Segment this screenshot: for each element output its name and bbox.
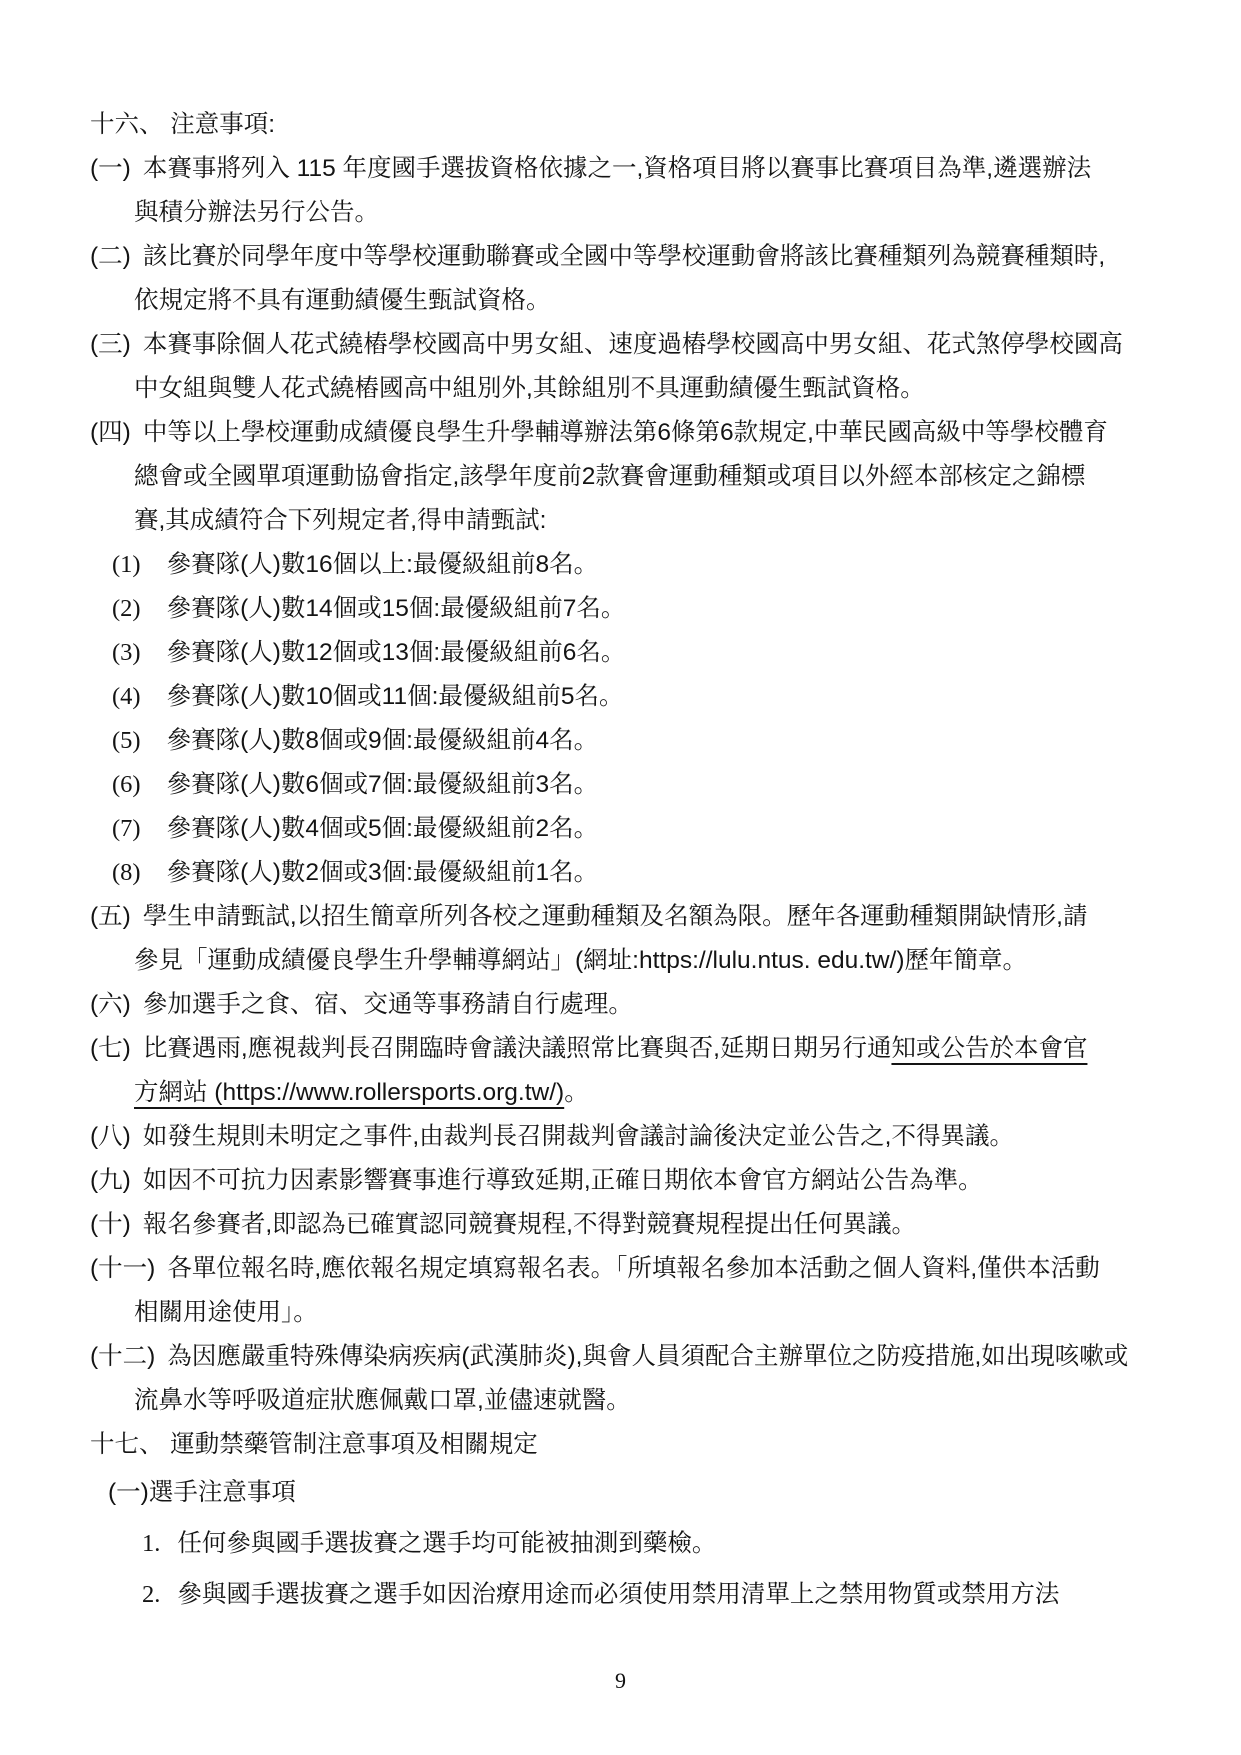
item-1-text: 本賽事將列入 115 年度國手選拔資格依據之一,資格項目將以賽事比賽項目為準,遴… bbox=[134, 155, 1091, 226]
item-10-text: 報名參賽者,即認為已確實認同競賽規程,不得對競賽規程提出任何異議。 bbox=[143, 1211, 916, 1238]
item-9-text: 如因不可抗力因素影響賽事進行導致延期,正確日期依本會官方網站公告為準。 bbox=[143, 1167, 983, 1194]
athlete-note-1-text: 任何參與國手選拔賽之選手均可能被抽測到藥檢。 bbox=[177, 1530, 716, 1557]
sub-item-5-text: 參賽隊(人)數8個或9個:最優級組前4名。 bbox=[167, 727, 599, 754]
item-1-marker: (一) bbox=[90, 155, 131, 182]
item-11-text: 各單位報名時,應依報名規定填寫報名表。「所填報名參加本活動之個人資料,僅供本活動… bbox=[134, 1255, 1100, 1326]
sub-item-4-text: 參賽隊(人)數10個或11個:最優級組前5名。 bbox=[167, 683, 624, 710]
item-6-text: 參加選手之食、宿、交通等事務請自行處理。 bbox=[143, 991, 633, 1018]
item-7-suffix: 。 bbox=[564, 1079, 589, 1106]
sub-item-7: (7)參賽隊(人)數4個或5個:最優級組前2名。 bbox=[90, 807, 1181, 851]
sub-item-3: (3)參賽隊(人)數12個或13個:最優級組前6名。 bbox=[90, 631, 1181, 675]
sub-item-8: (8)參賽隊(人)數2個或3個:最優級組前1名。 bbox=[90, 851, 1181, 895]
athlete-note-2: 2.參與國手選拔賽之選手如因治療用途而必須使用禁用清單上之禁用物質或禁用方法 bbox=[90, 1573, 1181, 1617]
item-8-text: 如發生規則未明定之事件,由裁判長召開裁判會議討論後決定並公告之,不得異議。 bbox=[143, 1123, 1014, 1150]
section-16-heading-text: 十六、 注意事項: bbox=[90, 111, 275, 138]
item-7-underlined-text: 知或公告於本會官 bbox=[891, 1035, 1087, 1062]
document-body: 十六、 注意事項: (一)本賽事將列入 115 年度國手選拔資格依據之一,資格項… bbox=[90, 103, 1181, 1617]
item-5-text: 學生申請甄試,以招生簡章所列各校之運動種類及名額為限。歷年各運動種類開缺情形,請… bbox=[134, 903, 1087, 974]
sub-item-7-text: 參賽隊(人)數4個或5個:最優級組前2名。 bbox=[167, 815, 599, 842]
item-4: (四)中等以上學校運動成績優良學生升學輔導辦法第6條第6款規定,中華民國高級中等… bbox=[90, 411, 1181, 543]
sub-item-6-marker: (6) bbox=[112, 771, 141, 798]
item-3-marker: (三) bbox=[90, 331, 131, 358]
item-3: (三)本賽事除個人花式繞樁學校國高中男女組、速度過樁學校國高中男女組、花式煞停學… bbox=[90, 323, 1181, 411]
team-count-list: (1)參賽隊(人)數16個以上:最優級組前8名。 (2)參賽隊(人)數14個或1… bbox=[90, 543, 1181, 895]
item-9: (九)如因不可抗力因素影響賽事進行導致延期,正確日期依本會官方網站公告為準。 bbox=[90, 1159, 1181, 1203]
item-4-marker: (四) bbox=[90, 419, 131, 446]
sub-item-2: (2)參賽隊(人)數14個或15個:最優級組前7名。 bbox=[90, 587, 1181, 631]
item-10-marker: (十) bbox=[90, 1211, 131, 1238]
sub-item-2-marker: (2) bbox=[112, 595, 141, 622]
sub-item-8-text: 參賽隊(人)數2個或3個:最優級組前1名。 bbox=[167, 859, 599, 886]
athlete-note-2-marker: 2. bbox=[142, 1581, 160, 1608]
sub-item-1-text: 參賽隊(人)數16個以上:最優級組前8名。 bbox=[167, 551, 599, 578]
section-17-heading: 十七、 運動禁藥管制注意事項及相關規定 bbox=[90, 1423, 1181, 1467]
sub-item-1-marker: (1) bbox=[112, 551, 141, 578]
sub-item-6: (6)參賽隊(人)數6個或7個:最優級組前3名。 bbox=[90, 763, 1181, 807]
item-7-marker: (七) bbox=[90, 1035, 131, 1062]
athlete-note-2-text: 參與國手選拔賽之選手如因治療用途而必須使用禁用清單上之禁用物質或禁用方法 bbox=[177, 1581, 1059, 1608]
item-4-text: 中等以上學校運動成績優良學生升學輔導辦法第6條第6款規定,中華民國高級中等學校體… bbox=[134, 419, 1108, 534]
item-7-official-site-url: 方網站 (https://www.rollersports.org.tw/) bbox=[134, 1079, 564, 1106]
item-5: (五)學生申請甄試,以招生簡章所列各校之運動種類及名額為限。歷年各運動種類開缺情… bbox=[90, 895, 1181, 983]
sub-item-3-marker: (3) bbox=[112, 639, 141, 666]
item-8-marker: (八) bbox=[90, 1123, 131, 1150]
sub-item-4: (4)參賽隊(人)數10個或11個:最優級組前5名。 bbox=[90, 675, 1181, 719]
item-2-text: 該比賽於同學年度中等學校運動聯賽或全國中等學校運動會將該比賽種類列為競賽種類時,… bbox=[134, 243, 1105, 314]
page-number: 9 bbox=[0, 1668, 1241, 1694]
item-11-marker: (十一) bbox=[90, 1255, 155, 1282]
athlete-notes-header-text: (一)選手注意事項 bbox=[108, 1479, 296, 1506]
item-6-marker: (六) bbox=[90, 991, 131, 1018]
sub-item-5: (5)參賽隊(人)數8個或9個:最優級組前4名。 bbox=[90, 719, 1181, 763]
item-5-marker: (五) bbox=[90, 903, 131, 930]
item-10: (十)報名參賽者,即認為已確實認同競賽規程,不得對競賽規程提出任何異議。 bbox=[90, 1203, 1181, 1247]
item-12-marker: (十二) bbox=[90, 1343, 155, 1370]
item-12-text: 為因應嚴重特殊傳染病疾病(武漢肺炎),與會人員須配合主辦單位之防疫措施,如出現咳… bbox=[134, 1343, 1128, 1414]
item-9-marker: (九) bbox=[90, 1167, 131, 1194]
item-7: (七)比賽遇雨,應視裁判長召開臨時會議決議照常比賽與否,延期日期另行通知或公告於… bbox=[90, 1027, 1181, 1115]
sub-item-5-marker: (5) bbox=[112, 727, 141, 754]
section-16-heading: 十六、 注意事項: bbox=[90, 103, 1181, 147]
sub-item-7-marker: (7) bbox=[112, 815, 141, 842]
item-7-text: 比賽遇雨,應視裁判長召開臨時會議決議照常比賽與否,延期日期另行通 bbox=[143, 1035, 892, 1062]
item-2: (二)該比賽於同學年度中等學校運動聯賽或全國中等學校運動會將該比賽種類列為競賽種… bbox=[90, 235, 1181, 323]
item-2-marker: (二) bbox=[90, 243, 131, 270]
athlete-note-1: 1.任何參與國手選拔賽之選手均可能被抽測到藥檢。 bbox=[90, 1522, 1181, 1566]
item-8: (八)如發生規則未明定之事件,由裁判長召開裁判會議討論後決定並公告之,不得異議。 bbox=[90, 1115, 1181, 1159]
item-11: (十一)各單位報名時,應依報名規定填寫報名表。「所填報名參加本活動之個人資料,僅… bbox=[90, 1247, 1181, 1335]
sub-item-1: (1)參賽隊(人)數16個以上:最優級組前8名。 bbox=[90, 543, 1181, 587]
sub-item-3-text: 參賽隊(人)數12個或13個:最優級組前6名。 bbox=[167, 639, 626, 666]
sub-item-2-text: 參賽隊(人)數14個或15個:最優級組前7名。 bbox=[167, 595, 626, 622]
item-12: (十二)為因應嚴重特殊傳染病疾病(武漢肺炎),與會人員須配合主辦單位之防疫措施,… bbox=[90, 1335, 1181, 1423]
athlete-notes-header: (一)選手注意事項 bbox=[90, 1471, 1181, 1515]
athlete-note-1-marker: 1. bbox=[142, 1530, 160, 1557]
item-3-text: 本賽事除個人花式繞樁學校國高中男女組、速度過樁學校國高中男女組、花式煞停學校國高… bbox=[134, 331, 1123, 402]
sub-item-4-marker: (4) bbox=[112, 683, 141, 710]
section-17-heading-text: 十七、 運動禁藥管制注意事項及相關規定 bbox=[90, 1431, 538, 1458]
item-6: (六)參加選手之食、宿、交通等事務請自行處理。 bbox=[90, 983, 1181, 1027]
sub-item-8-marker: (8) bbox=[112, 859, 141, 886]
sub-item-6-text: 參賽隊(人)數6個或7個:最優級組前3名。 bbox=[167, 771, 599, 798]
item-1: (一)本賽事將列入 115 年度國手選拔資格依據之一,資格項目將以賽事比賽項目為… bbox=[90, 147, 1181, 235]
